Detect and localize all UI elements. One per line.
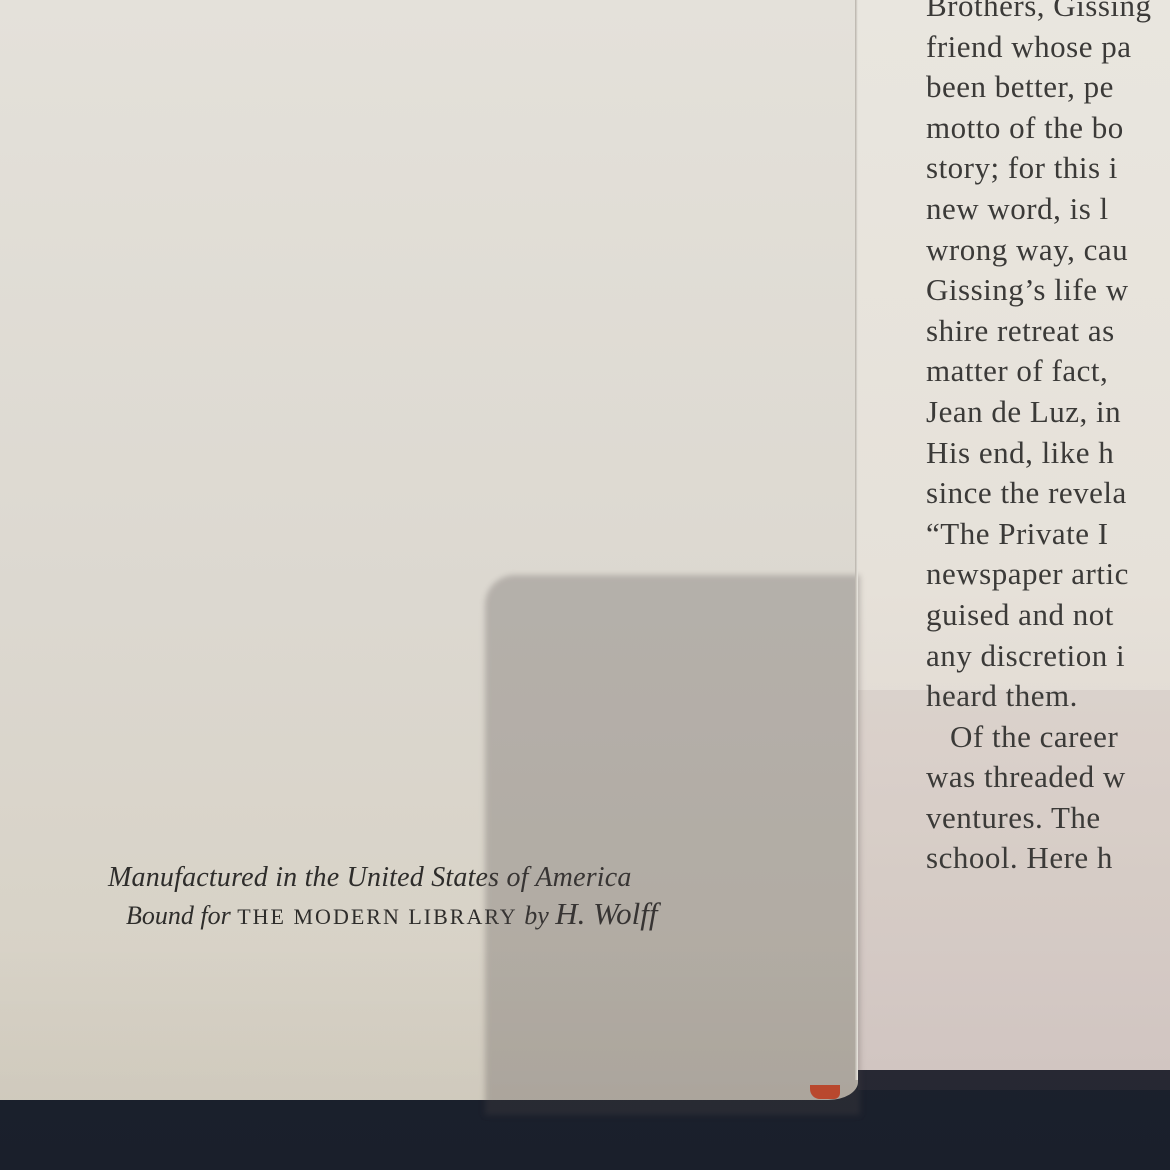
- text-line: “The Private I: [926, 514, 1170, 555]
- text-line: Of the career: [926, 717, 1170, 758]
- text-line: Jean de Luz, in: [926, 392, 1170, 433]
- publisher-name: THE MODERN LIBRARY: [237, 904, 517, 929]
- text-line: was threaded w: [926, 757, 1170, 798]
- text-line: friend whose pa: [926, 27, 1170, 68]
- book-photo: Manufactured in the United States of Ame…: [0, 0, 1170, 1170]
- text-line: Gissing’s life w: [926, 270, 1170, 311]
- text-line: since the revela: [926, 473, 1170, 514]
- text-line: school. Here h: [926, 838, 1170, 879]
- text-line: ventures. The: [926, 798, 1170, 839]
- text-line: His end, like h: [926, 433, 1170, 474]
- text-column: Brothers, Gissing friend whose pa been b…: [926, 0, 1170, 879]
- text-line: wrong way, cau: [926, 230, 1170, 271]
- text-line: heard them.: [926, 676, 1170, 717]
- text-line: newspaper artic: [926, 554, 1170, 595]
- text-line: any discretion i: [926, 636, 1170, 677]
- red-cover-edge: [810, 1085, 840, 1099]
- text-line: guised and not: [926, 595, 1170, 636]
- book-gutter: [855, 0, 858, 1080]
- text-line: matter of fact,: [926, 351, 1170, 392]
- text-line: story; for this i: [926, 148, 1170, 189]
- text-line: new word, is l: [926, 189, 1170, 230]
- text-line: been better, pe: [926, 67, 1170, 108]
- hand-shadow: [485, 575, 860, 1115]
- text-line: Brothers, Gissing: [926, 0, 1170, 27]
- text-line: motto of the bo: [926, 108, 1170, 149]
- bound-for-text: Bound for: [126, 901, 231, 930]
- text-line: shire retreat as: [926, 311, 1170, 352]
